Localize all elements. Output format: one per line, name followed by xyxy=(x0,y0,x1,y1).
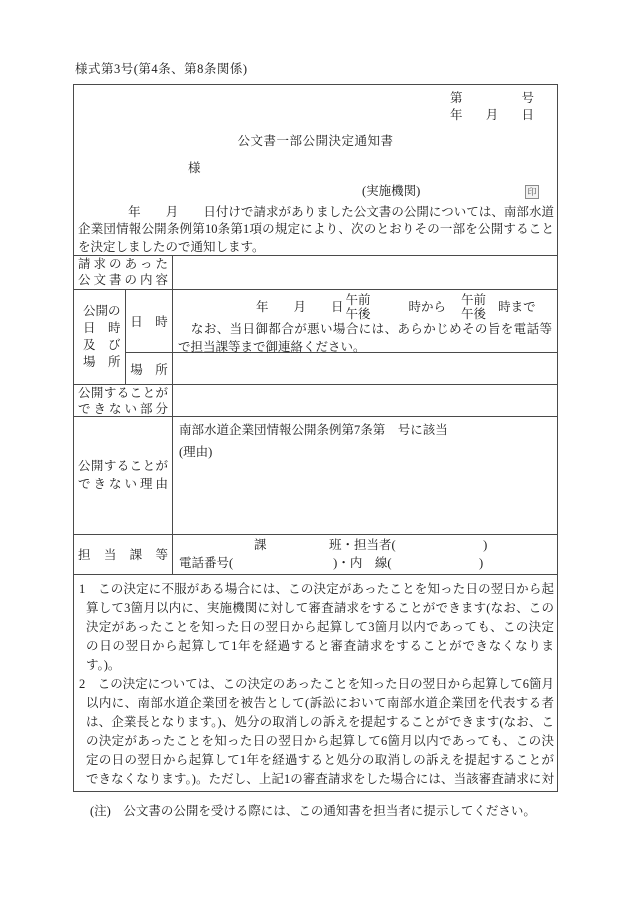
seal-stamp-icon: 印 xyxy=(525,185,539,199)
row-requested-document: 請求のあった 公文書の内容 xyxy=(74,256,557,290)
nondisclosable-reason-label: 公開することが できない理由 xyxy=(74,417,173,534)
date-month-label: 月 xyxy=(486,107,499,124)
place-sublabel: 場 所 xyxy=(126,353,173,384)
doc-number-prefix: 第 xyxy=(450,90,463,107)
issuer-label: (実施機関) xyxy=(74,183,420,200)
date-blank: 年 月 日 xyxy=(256,300,344,314)
opening-paragraph: 年 月 日付けで請求がありました公文書の公開については、南部水道企業団情報公開条… xyxy=(74,204,557,255)
note-item-1: 1 この決定に不服がある場合には、この決定があったことを知った日の翌日から起算し… xyxy=(79,580,554,675)
issue-date-line: 年 月 日 xyxy=(450,107,534,124)
sheet-header: 第 号 年 月 日 公文書一部公開決定通知書 様 (実施機関) 印 年 月 日付… xyxy=(74,85,557,255)
form-style-label: 様式第3号(第4条、第8条関係) xyxy=(75,0,630,77)
nondisclosable-part-value xyxy=(173,385,557,416)
datetime-remark: なお、当日御都合が悪い場合には、あらかじめその旨を電話等で担当課等まで御連絡くだ… xyxy=(173,321,557,356)
row-disclosure-datetime-place: 公開の 日 時 及 び 場 所 日 時 年 月 日 午前 午 xyxy=(74,290,557,385)
place-subrow: 場 所 xyxy=(126,353,557,384)
contact-section-value: 課 班・担当者( ) 電話番号( )・内 線( ) xyxy=(173,535,557,574)
footnote: (注) 公文書の公開を受ける際には、この通知書を担当者に提示してください。 xyxy=(75,803,630,820)
row-nondisclosable-reason: 公開することが できない理由 南部水道企業団情報公開条例第7条第 号に該当 (理… xyxy=(74,417,557,535)
ampm-selector-2: 午前 午後 xyxy=(461,293,486,321)
issuer-line: (実施機関) 印 xyxy=(74,183,557,200)
time-from-label: 時から xyxy=(409,300,447,314)
requested-document-value xyxy=(173,256,557,289)
note-item-2: 2 この決定については、この決定のあったことを知った日の翌日から起算して6箇月以… xyxy=(79,675,554,791)
notice-sheet: 第 号 年 月 日 公文書一部公開決定通知書 様 (実施機関) 印 年 月 日付… xyxy=(73,84,558,792)
time-to-label: 時まで xyxy=(498,300,536,314)
disclosure-label: 公開の 日 時 及 び 場 所 xyxy=(74,290,126,384)
datetime-sublabel: 日 時 xyxy=(126,290,173,352)
disclosure-subsection: 日 時 年 月 日 午前 午後 時から 午前 xyxy=(126,290,557,384)
ampm-selector-1: 午前 午後 xyxy=(346,293,371,321)
row-contact-section: 担当課等 課 班・担当者( ) 電話番号( )・内 線( ) xyxy=(74,535,557,575)
nondisclosable-reason-value: 南部水道企業団情報公開条例第7条第 号に該当 (理由) xyxy=(173,417,557,534)
doc-number-line: 第 号 xyxy=(450,90,534,107)
contact-line-1: 課 班・担当者( ) xyxy=(179,537,551,555)
doc-number-suffix: 号 xyxy=(521,90,534,107)
place-value xyxy=(173,353,557,384)
addressee-honorific: 様 xyxy=(74,160,557,177)
date-day-label: 日 xyxy=(521,107,534,124)
contact-section-label: 担当課等 xyxy=(74,535,173,574)
nondisclosable-part-label: 公開することが できない部分 xyxy=(74,385,173,416)
datetime-blank-line: 年 月 日 午前 午後 時から 午前 午後 時まで xyxy=(173,292,557,321)
datetime-value: 年 月 日 午前 午後 時から 午前 午後 時まで xyxy=(173,290,557,352)
document-page: 様式第3号(第4条、第8条関係) 第 号 年 月 日 公文書一部公開決定通知書 … xyxy=(0,0,630,903)
contact-line-2: 電話番号( )・内 線( ) xyxy=(179,555,551,573)
document-title: 公文書一部公開決定通知書 xyxy=(74,133,557,150)
legal-notes: 1 この決定に不服がある場合には、この決定があったことを知った日の翌日から起算し… xyxy=(74,575,557,791)
requested-document-label: 請求のあった 公文書の内容 xyxy=(74,256,173,289)
notice-table: 請求のあった 公文書の内容 公開の 日 時 及 び 場 所 日 時 xyxy=(74,255,557,575)
datetime-subrow: 日 時 年 月 日 午前 午後 時から 午前 xyxy=(126,290,557,353)
statute-reference: 南部水道企業団情報公開条例第7条第 号に該当 xyxy=(179,421,551,440)
date-year-label: 年 xyxy=(450,107,463,124)
reason-caption: (理由) xyxy=(179,443,551,462)
row-nondisclosable-part: 公開することが できない部分 xyxy=(74,385,557,417)
